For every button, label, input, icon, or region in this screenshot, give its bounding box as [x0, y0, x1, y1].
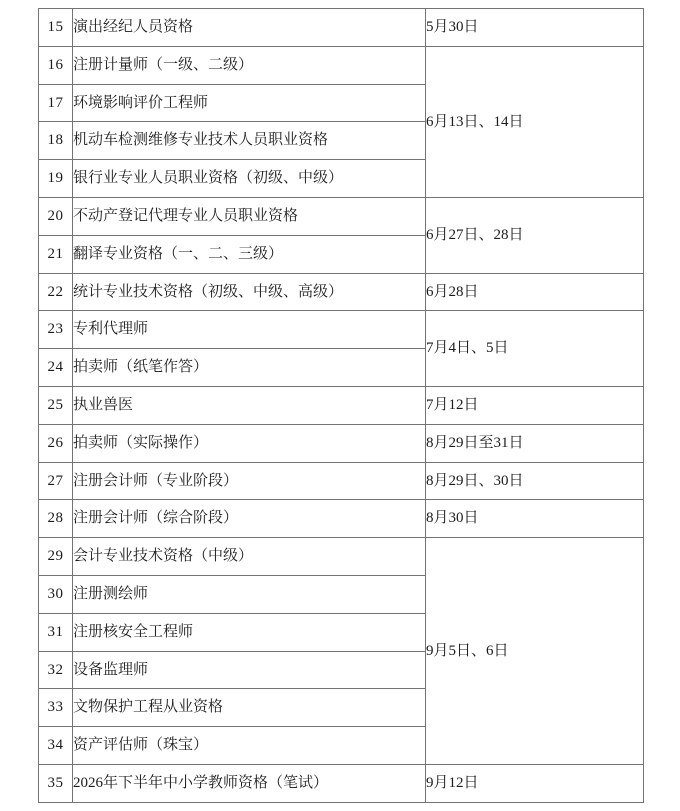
exam-name: 拍卖师（纸笔作答） — [73, 349, 426, 387]
document-page: 15 演出经纪人员资格 5月30日 16 注册计量师（一级、二级） 6月13日、… — [0, 0, 680, 811]
row-number: 34 — [39, 727, 73, 765]
exam-date: 8月29日、30日 — [426, 462, 644, 500]
exam-schedule-table: 15 演出经纪人员资格 5月30日 16 注册计量师（一级、二级） 6月13日、… — [38, 8, 644, 803]
table-row: 20 不动产登记代理专业人员职业资格 6月27日、28日 — [39, 197, 644, 235]
row-number: 17 — [39, 84, 73, 122]
exam-date: 8月30日 — [426, 500, 644, 538]
exam-name: 统计专业技术资格（初级、中级、高级） — [73, 273, 426, 311]
exam-date: 6月28日 — [426, 273, 644, 311]
exam-name: 注册测绘师 — [73, 575, 426, 613]
row-number: 29 — [39, 538, 73, 576]
row-number: 21 — [39, 235, 73, 273]
row-number: 28 — [39, 500, 73, 538]
row-number: 19 — [39, 160, 73, 198]
table-row: 26 拍卖师（实际操作） 8月29日至31日 — [39, 424, 644, 462]
exam-name: 会计专业技术资格（中级） — [73, 538, 426, 576]
row-number: 31 — [39, 613, 73, 651]
exam-name: 拍卖师（实际操作） — [73, 424, 426, 462]
exam-date: 7月4日、5日 — [426, 311, 644, 387]
table-row: 15 演出经纪人员资格 5月30日 — [39, 9, 644, 47]
row-number: 27 — [39, 462, 73, 500]
exam-name: 翻译专业资格（一、二、三级） — [73, 235, 426, 273]
exam-name: 2026年下半年中小学教师资格（笔试） — [73, 764, 426, 802]
row-number: 22 — [39, 273, 73, 311]
exam-date: 7月12日 — [426, 386, 644, 424]
exam-name: 演出经纪人员资格 — [73, 9, 426, 47]
table-row: 23 专利代理师 7月4日、5日 — [39, 311, 644, 349]
row-number: 25 — [39, 386, 73, 424]
exam-name: 注册计量师（一级、二级） — [73, 46, 426, 84]
table-row: 28 注册会计师（综合阶段） 8月30日 — [39, 500, 644, 538]
exam-name: 注册核安全工程师 — [73, 613, 426, 651]
row-number: 32 — [39, 651, 73, 689]
row-number: 16 — [39, 46, 73, 84]
exam-name: 设备监理师 — [73, 651, 426, 689]
exam-name: 环境影响评价工程师 — [73, 84, 426, 122]
table-row: 25 执业兽医 7月12日 — [39, 386, 644, 424]
table-row: 27 注册会计师（专业阶段） 8月29日、30日 — [39, 462, 644, 500]
exam-date: 8月29日至31日 — [426, 424, 644, 462]
table-row: 22 统计专业技术资格（初级、中级、高级） 6月28日 — [39, 273, 644, 311]
table-row: 29 会计专业技术资格（中级） 9月5日、6日 — [39, 538, 644, 576]
row-number: 35 — [39, 764, 73, 802]
exam-name: 银行业专业人员职业资格（初级、中级） — [73, 160, 426, 198]
exam-name: 文物保护工程从业资格 — [73, 689, 426, 727]
row-number: 15 — [39, 9, 73, 47]
row-number: 26 — [39, 424, 73, 462]
table-row: 16 注册计量师（一级、二级） 6月13日、14日 — [39, 46, 644, 84]
row-number: 33 — [39, 689, 73, 727]
exam-name: 不动产登记代理专业人员职业资格 — [73, 197, 426, 235]
exam-date: 6月13日、14日 — [426, 46, 644, 197]
exam-date: 9月12日 — [426, 764, 644, 802]
row-number: 23 — [39, 311, 73, 349]
exam-date: 6月27日、28日 — [426, 197, 644, 273]
exam-date: 9月5日、6日 — [426, 538, 644, 765]
row-number: 20 — [39, 197, 73, 235]
exam-name: 执业兽医 — [73, 386, 426, 424]
exam-name: 机动车检测维修专业技术人员职业资格 — [73, 122, 426, 160]
row-number: 18 — [39, 122, 73, 160]
exam-name: 注册会计师（专业阶段） — [73, 462, 426, 500]
exam-name: 注册会计师（综合阶段） — [73, 500, 426, 538]
table-row: 35 2026年下半年中小学教师资格（笔试） 9月12日 — [39, 764, 644, 802]
exam-date: 5月30日 — [426, 9, 644, 47]
exam-name: 专利代理师 — [73, 311, 426, 349]
row-number: 30 — [39, 575, 73, 613]
exam-name: 资产评估师（珠宝） — [73, 727, 426, 765]
row-number: 24 — [39, 349, 73, 387]
